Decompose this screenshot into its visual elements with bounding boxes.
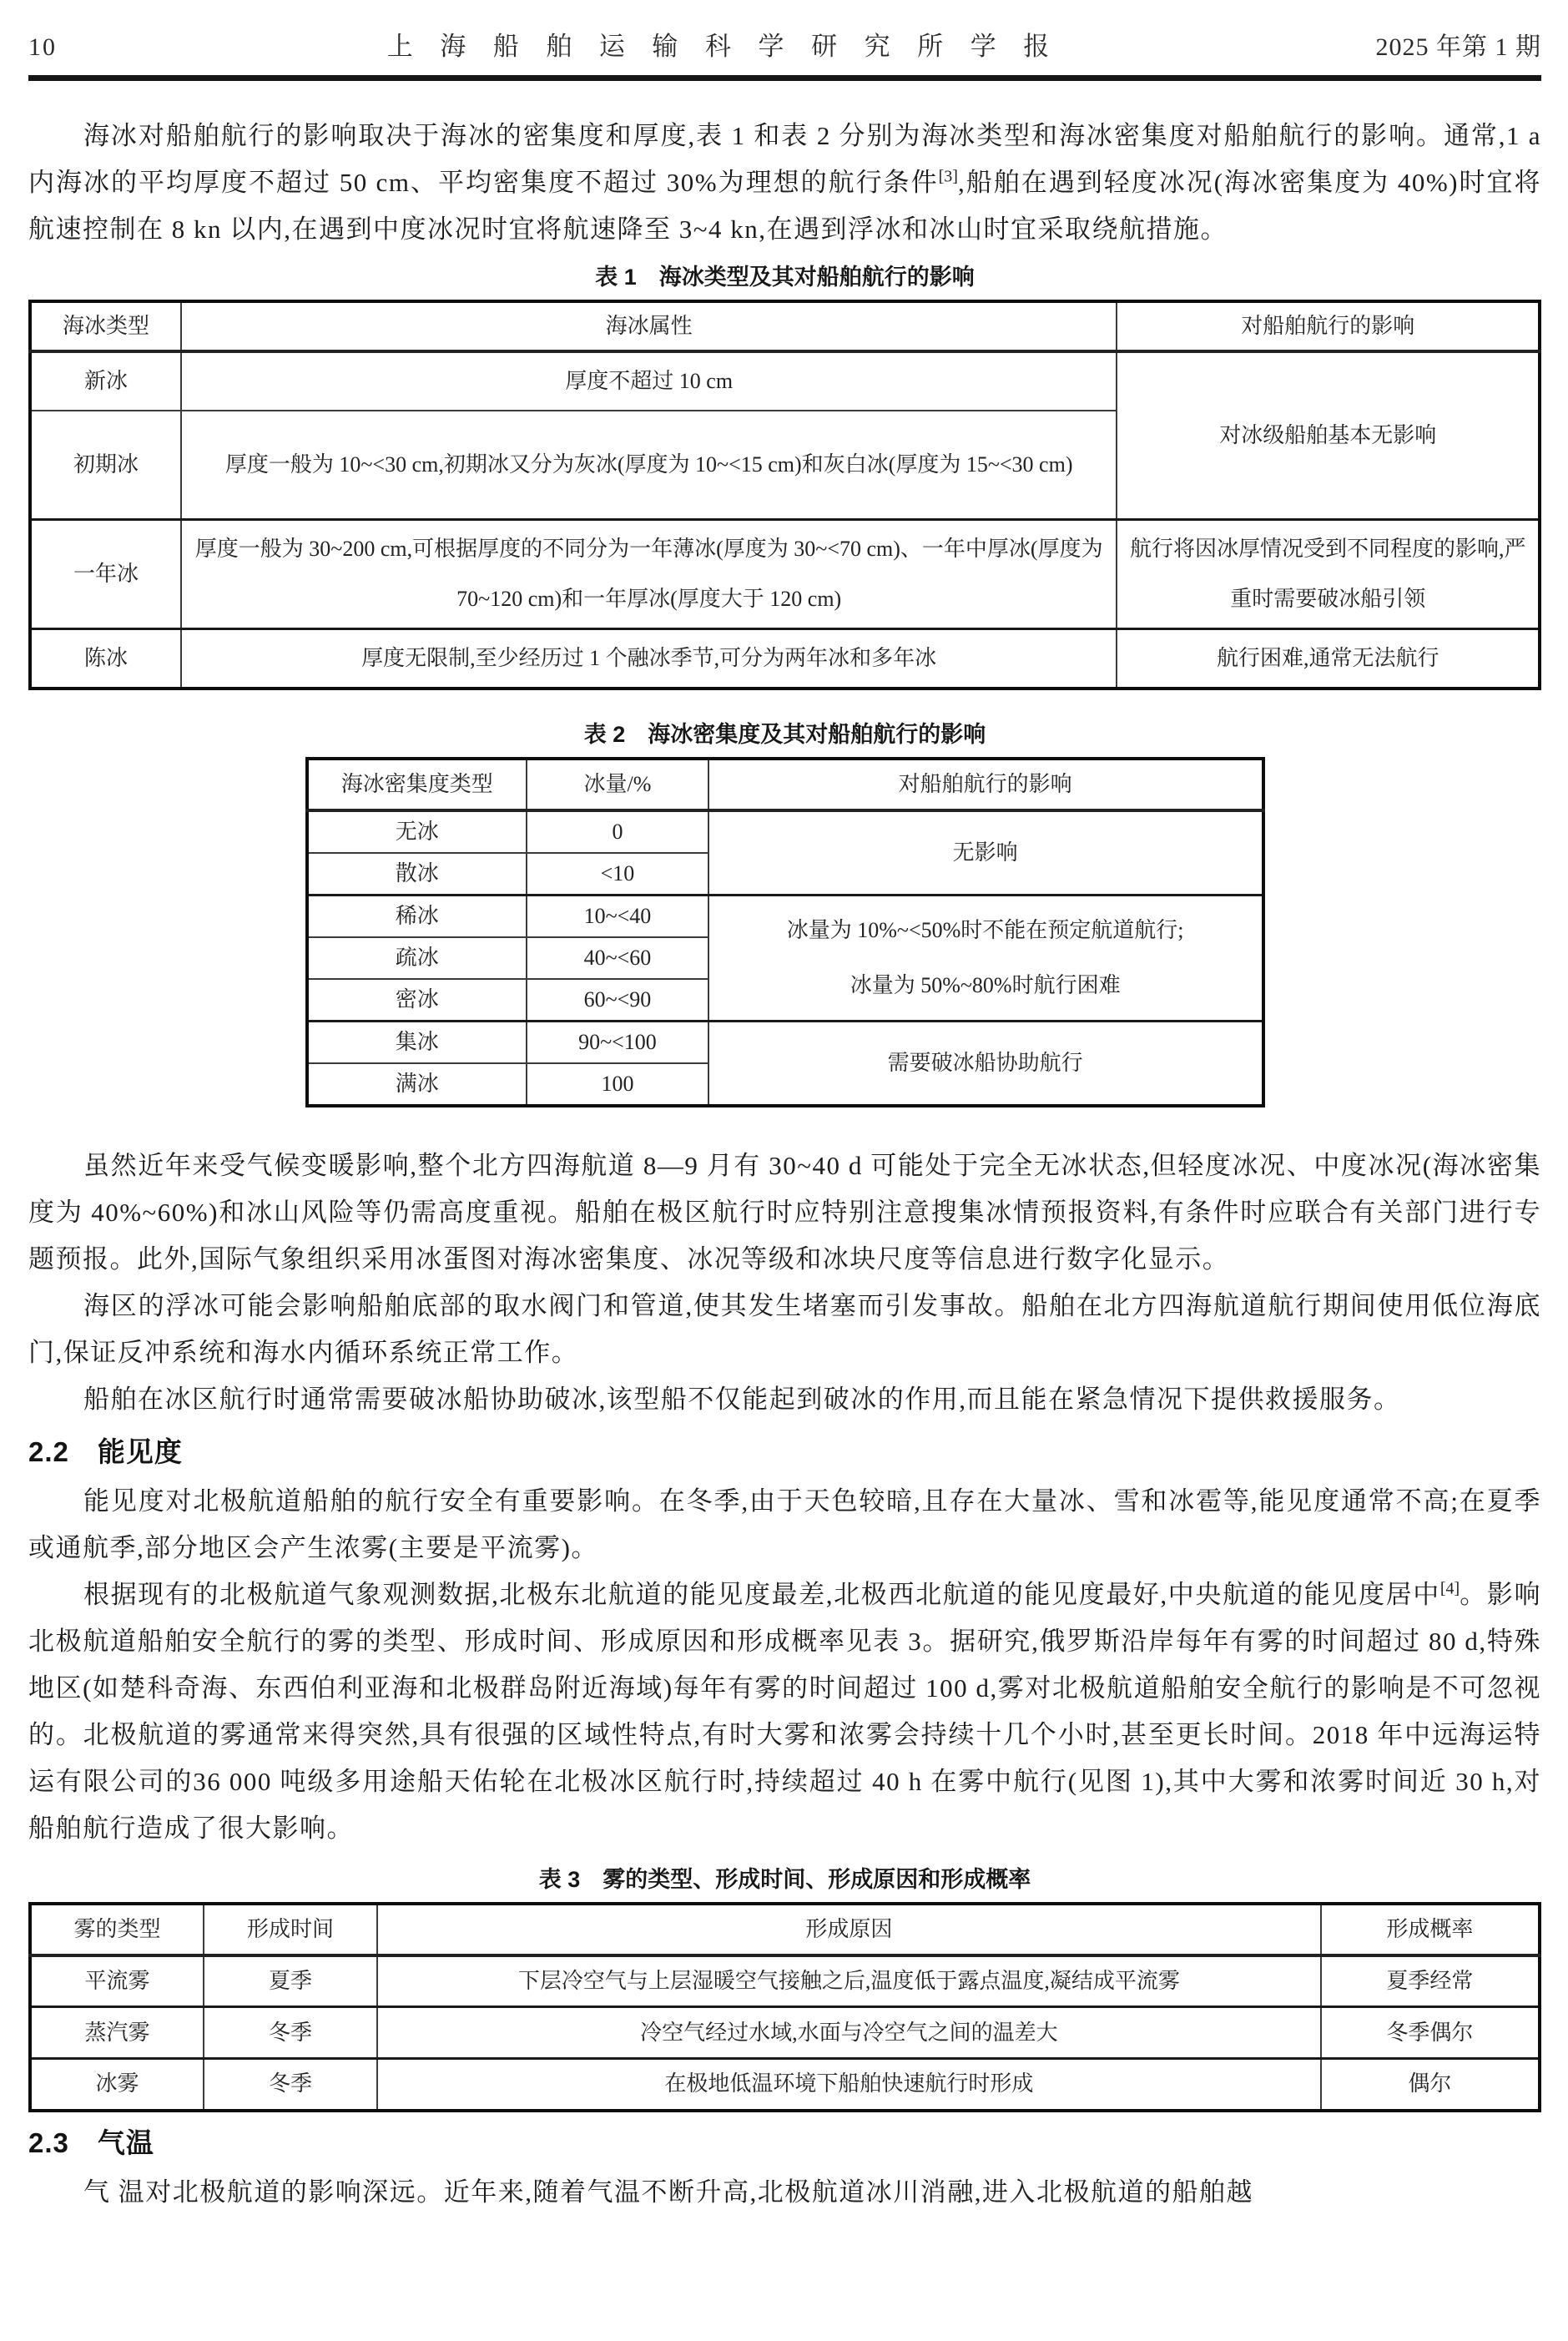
table-cell: 冷空气经过水域,水面与冷空气之间的温差大 [377,2007,1321,2059]
table3-fog-types: 雾的类型 形成时间 形成原因 形成概率 平流雾 夏季 下层冷空气与上层湿暖空气接… [28,1902,1541,2112]
issue-label: 2025 年第 1 期 [1291,26,1541,63]
column-header: 形成概率 [1321,1904,1540,1955]
table-cell: 无冰 [307,810,527,853]
table-cell: 夏季 [204,1955,377,2007]
column-header: 对船舶航行的影响 [1117,301,1540,351]
table-cell: 疏冰 [307,937,527,979]
p6-text-b: 。影响北极航道船舶安全航行的雾的类型、形成时间、形成原因和形成概率见表 3。据研… [28,1580,1541,1843]
table3-caption: 表 3 雾的类型、形成时间、形成原因和形成概率 [28,1864,1541,1895]
column-header: 形成原因 [377,1904,1321,1955]
table-cell: 密冰 [307,979,527,1022]
citation-ref-4: [4] [1440,1579,1460,1597]
p6-text-a: 根据现有的北极航道气象观测数据,北极东北航道的能见度最差,北极西北航道的能见度最… [83,1580,1440,1609]
citation-ref-3: [3] [939,168,958,186]
table-cell: 航行将因冰厚情况受到不同程度的影响,严重时需要破冰船引领 [1117,519,1540,628]
header-rule [28,75,1541,81]
page-header: 10 上海船舶运输科学研究所学报 2025 年第 1 期 [28,25,1541,63]
table1-caption: 表 1 海冰类型及其对船舶航行的影响 [28,261,1541,293]
table-cell: 一年冰 [30,519,181,628]
section-heading-visibility: 2.2 能见度 [28,1433,1541,1471]
table-row: 一年冰 厚度一般为 30~200 cm,可根据厚度的不同分为一年薄冰(厚度为 3… [30,519,1540,628]
table-cell: 平流雾 [30,1955,204,2007]
paragraph-climate-warming: 虽然近年来受气候变暖影响,整个北方四海航道 8—9 月有 30~40 d 可能处… [28,1143,1541,1283]
table-cell: 初期冰 [30,411,181,519]
table-row: 陈冰 厚度无限制,至少经历过 1 个融冰季节,可分为两年冰和多年冰 航行困难,通… [30,628,1540,689]
column-header: 雾的类型 [30,1904,204,1955]
table2-header-row: 海冰密集度类型 冰量/% 对船舶航行的影响 [307,759,1263,810]
table-row: 新冰 厚度不超过 10 cm 对冰级船舶基本无影响 [30,351,1540,411]
paragraph-visibility-impact: 能见度对北极航道船舶的航行安全有重要影响。在冬季,由于天色较暗,且存在大量冰、雪… [28,1478,1541,1572]
table-cell: 厚度无限制,至少经历过 1 个融冰季节,可分为两年冰和多年冰 [181,628,1117,689]
column-header: 冰量/% [527,759,708,810]
paragraph-floating-ice: 海区的浮冰可能会影响船舶底部的取水阀门和管道,使其发生堵塞而引发事故。船舶在北方… [28,1283,1541,1376]
table-row: 平流雾 夏季 下层冷空气与上层湿暖空气接触之后,温度低于露点温度,凝结成平流雾 … [30,1955,1540,2007]
table-row: 稀冰 10~<40 冰量为 10%~<50%时不能在预定航道航行; 冰量为 50… [307,895,1263,937]
table-cell: 冬季偶尔 [1321,2007,1540,2059]
table-cell: 夏季经常 [1321,1955,1540,2007]
paragraph-sea-ice-intro: 海冰对船舶航行的影响取决于海冰的密集度和厚度,表 1 和表 2 分别为海冰类型和… [28,113,1541,253]
table-row: 无冰 0 无影响 [307,810,1263,853]
table-cell: 冰雾 [30,2059,204,2111]
section-heading-temperature: 2.3 气温 [28,2124,1541,2162]
table-cell: 冬季 [204,2007,377,2059]
table2-ice-concentration: 海冰密集度类型 冰量/% 对船舶航行的影响 无冰 0 无影响 散冰 <10 稀冰… [305,757,1265,1107]
table-cell: 40~<60 [527,937,708,979]
table-cell: 厚度一般为 10~<30 cm,初期冰又分为灰冰(厚度为 10~<15 cm)和… [181,411,1117,519]
table-cell: 散冰 [307,853,527,896]
table-cell-merged: 对冰级船舶基本无影响 [1117,351,1540,519]
table-cell: 蒸汽雾 [30,2007,204,2059]
column-header: 对船舶航行的影响 [708,759,1263,810]
column-header: 海冰密集度类型 [307,759,527,810]
table-row: 集冰 90~<100 需要破冰船协助航行 [307,1021,1263,1063]
table-cell: 满冰 [307,1063,527,1106]
table-cell: 厚度一般为 30~200 cm,可根据厚度的不同分为一年薄冰(厚度为 30~<7… [181,519,1117,628]
table-cell: <10 [527,853,708,896]
table-cell: 10~<40 [527,895,708,937]
table-cell: 新冰 [30,351,181,411]
journal-title: 上海船舶运输科学研究所学报 [145,25,1318,63]
table-cell: 厚度不超过 10 cm [181,351,1117,411]
table-cell-merged: 无影响 [708,810,1263,896]
table1-header-row: 海冰类型 海冰属性 对船舶航行的影响 [30,301,1540,351]
paragraph-fog-observation: 根据现有的北极航道气象观测数据,北极东北航道的能见度最差,北极西北航道的能见度最… [28,1572,1541,1852]
journal-page: 10 上海船舶运输科学研究所学报 2025 年第 1 期 海冰对船舶航行的影响取… [0,0,1568,2341]
column-header: 海冰属性 [181,301,1117,351]
table-cell: 陈冰 [30,628,181,689]
table-cell: 在极地低温环境下船舶快速航行时形成 [377,2059,1321,2111]
table-cell-merged: 冰量为 10%~<50%时不能在预定航道航行; 冰量为 50%~80%时航行困难 [708,895,1263,1021]
table-cell: 100 [527,1063,708,1106]
table-cell: 下层冷空气与上层湿暖空气接触之后,温度低于露点温度,凝结成平流雾 [377,1955,1321,2007]
table-cell: 0 [527,810,708,853]
table-cell: 冬季 [204,2059,377,2111]
table-cell-merged: 需要破冰船协助航行 [708,1021,1263,1106]
table-cell: 稀冰 [307,895,527,937]
table-cell: 偶尔 [1321,2059,1540,2111]
column-header: 形成时间 [204,1904,377,1955]
paragraph-temperature: 气 温对北极航道的影响深远。近年来,随着气温不断升高,北极航道冰川消融,进入北极… [28,2169,1541,2216]
table-cell: 航行困难,通常无法航行 [1117,628,1540,689]
column-header: 海冰类型 [30,301,181,351]
table-cell: 90~<100 [527,1021,708,1063]
page-number: 10 [28,33,145,62]
table3-header-row: 雾的类型 形成时间 形成原因 形成概率 [30,1904,1540,1955]
table1-sea-ice-types: 海冰类型 海冰属性 对船舶航行的影响 新冰 厚度不超过 10 cm 对冰级船舶基… [28,300,1541,690]
paragraph-icebreaker: 船舶在冰区航行时通常需要破冰船协助破冰,该型船不仅能起到破冰的作用,而且能在紧急… [28,1376,1541,1423]
table2-caption: 表 2 海冰密集度及其对船舶航行的影响 [28,719,1541,750]
table-cell: 60~<90 [527,979,708,1022]
table-row: 蒸汽雾 冬季 冷空气经过水域,水面与冷空气之间的温差大 冬季偶尔 [30,2007,1540,2059]
table-row: 冰雾 冬季 在极地低温环境下船舶快速航行时形成 偶尔 [30,2059,1540,2111]
table-cell: 集冰 [307,1021,527,1063]
